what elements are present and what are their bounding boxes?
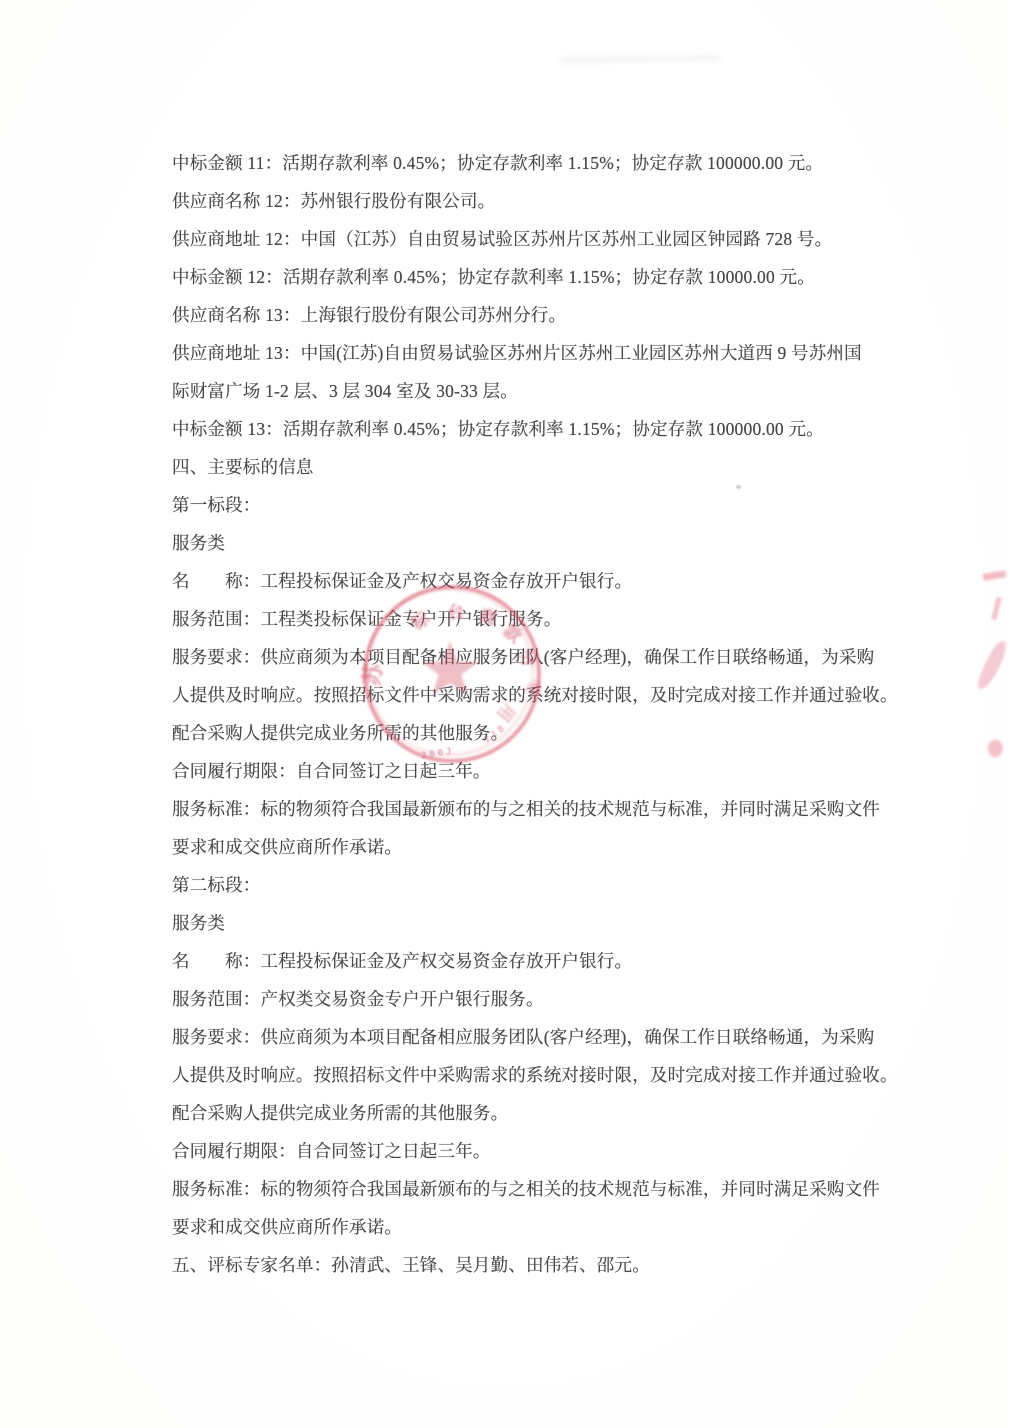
stamp-fragment [983,570,1007,581]
document-line: 供应商地址 12：中国（江苏）自由贸易试验区苏州片区苏州工业园区钟园路 728 … [172,226,900,252]
document-line: 中标金额 13：活期存款利率 0.45%；协定存款利率 1.15%；协定存款 1… [172,416,900,442]
document-line: 际财富广场 1-2 层、3 层 304 室及 30-33 层。 [172,378,900,404]
document-line: 服务范围：工程类投标保证金专户开户银行服务。 [172,606,900,632]
scan-speck [736,485,741,489]
document-line: 服务标准：标的物须符合我国最新颁布的与之相关的技术规范与标准，并同时满足采购文件 [172,1176,900,1202]
document-line: 供应商名称 13：上海银行股份有限公司苏州分行。 [172,302,900,328]
document-line: 供应商名称 12：苏州银行股份有限公司。 [172,188,900,214]
section-heading: 五、评标专家名单：孙清武、王锋、吴月勤、田伟若、邵元。 [172,1252,900,1278]
document-line: 服务标准：标的物须符合我国最新颁布的与之相关的技术规范与标准，并同时满足采购文件 [172,796,900,822]
document-line: 合同履行期限：自合同签订之日起三年。 [172,758,900,784]
document-line: 服务类 [172,910,900,936]
scan-smudge [560,55,720,64]
stamp-fragment [991,597,1001,621]
stamp-fragment [974,640,1009,689]
section-heading: 四、主要标的信息 [172,454,900,480]
document-line: 合同履行期限：自合同签订之日起三年。 [172,1138,900,1164]
document-line: 人提供及时响应。按照招标文件中采购需求的系统对接时限，及时完成对接工作并通过验收… [172,682,900,708]
document-line: 人提供及时响应。按照招标文件中采购需求的系统对接时限，及时完成对接工作并通过验收… [172,1062,900,1088]
document-line: 中标金额 11：活期存款利率 0.45%；协定存款利率 1.15%；协定存款 1… [172,150,900,176]
document-line: 中标金额 12：活期存款利率 0.45%；协定存款利率 1.15%；协定存款 1… [172,264,900,290]
document-line: 要求和成交供应商所作承诺。 [172,1214,900,1240]
document-line: 第二标段： [172,872,900,898]
document-line: 名 称：工程投标保证金及产权交易资金存放开户银行。 [172,948,900,974]
scanned-document-page: 中标金额 11：活期存款利率 0.45%；协定存款利率 1.15%；协定存款 1… [0,0,1009,1428]
document-line: 服务要求：供应商须为本项目配备相应服务团队(客户经理)，确保工作日联络畅通，为采… [172,1024,900,1050]
document-line: 服务要求：供应商须为本项目配备相应服务团队(客户经理)，确保工作日联络畅通，为采… [172,644,900,670]
stamp-fragment [986,738,1006,759]
document-line: 服务范围：产权类交易资金专户开户银行服务。 [172,986,900,1012]
document-line: 第一标段： [172,492,900,518]
document-line: 要求和成交供应商所作承诺。 [172,834,900,860]
document-line: 服务类 [172,530,900,556]
document-line: 供应商地址 13：中国(江苏)自由贸易试验区苏州片区苏州工业园区苏州大道西 9 … [172,340,900,366]
document-line: 配合采购人提供完成业务所需的其他服务。 [172,1100,900,1126]
document-line: 名 称：工程投标保证金及产权交易资金存放开户银行。 [172,568,900,594]
document-line: 配合采购人提供完成业务所需的其他服务。 [172,720,900,746]
